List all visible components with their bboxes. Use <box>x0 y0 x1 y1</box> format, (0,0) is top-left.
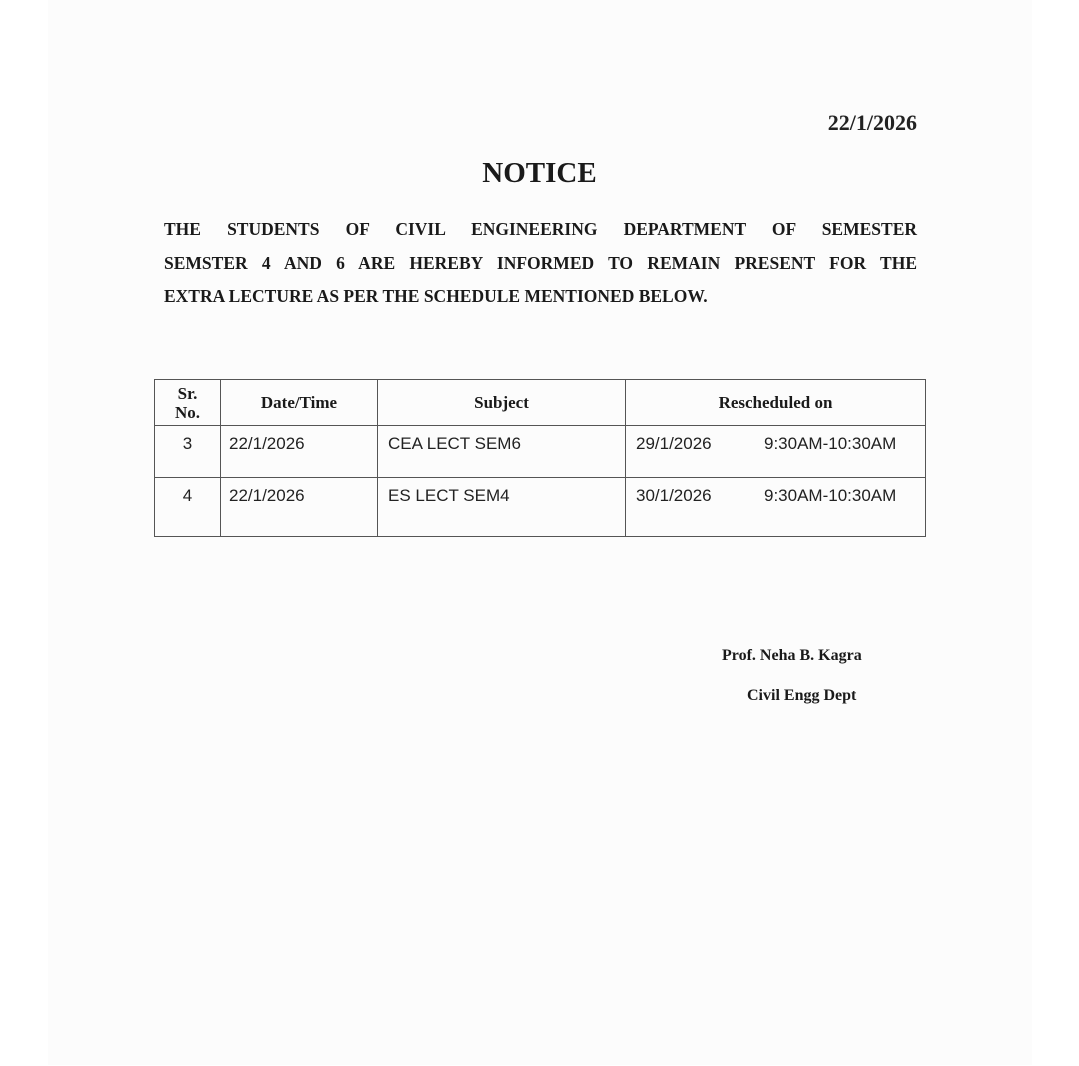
schedule-table: Sr. No. Date/Time Subject Rescheduled on… <box>154 379 926 537</box>
signature-block: Prof. Neha B. Kagra Civil Engg Dept <box>722 636 862 716</box>
rescheduled-date: 30/1/2026 <box>636 486 764 506</box>
cell-sr: 4 <box>155 478 221 537</box>
cell-rescheduled: 29/1/20269:30AM-10:30AM <box>626 426 926 478</box>
table-row: 3 22/1/2026 CEA LECT SEM6 29/1/20269:30A… <box>155 426 926 478</box>
header-date-time: Date/Time <box>221 380 378 426</box>
header-sr-no: Sr. No. <box>155 380 221 426</box>
header-sr-line1: Sr. <box>178 384 198 403</box>
rescheduled-date: 29/1/2026 <box>636 434 764 454</box>
notice-title: NOTICE <box>0 157 1079 190</box>
rescheduled-time: 9:30AM-10:30AM <box>764 434 896 453</box>
signatory-department: Civil Engg Dept <box>722 676 862 716</box>
notice-body-line: THE STUDENTS OF CIVIL ENGINEERING DEPART… <box>164 213 917 247</box>
header-sr-line2: No. <box>175 403 200 422</box>
cell-subject: ES LECT SEM4 <box>378 478 626 537</box>
notice-body: THE STUDENTS OF CIVIL ENGINEERING DEPART… <box>164 213 917 314</box>
notice-body-line: EXTRA LECTURE AS PER THE SCHEDULE MENTIO… <box>164 280 917 314</box>
cell-subject: CEA LECT SEM6 <box>378 426 626 478</box>
header-rescheduled-on: Rescheduled on <box>626 380 926 426</box>
cell-rescheduled: 30/1/20269:30AM-10:30AM <box>626 478 926 537</box>
notice-date: 22/1/2026 <box>828 110 917 136</box>
header-subject: Subject <box>378 380 626 426</box>
cell-date: 22/1/2026 <box>221 478 378 537</box>
table-header-row: Sr. No. Date/Time Subject Rescheduled on <box>155 380 926 426</box>
rescheduled-time: 9:30AM-10:30AM <box>764 486 896 505</box>
table-row: 4 22/1/2026 ES LECT SEM4 30/1/20269:30AM… <box>155 478 926 537</box>
signatory-name: Prof. Neha B. Kagra <box>722 636 862 676</box>
notice-body-line: SEMSTER 4 AND 6 ARE HEREBY INFORMED TO R… <box>164 247 917 281</box>
cell-date: 22/1/2026 <box>221 426 378 478</box>
cell-sr: 3 <box>155 426 221 478</box>
